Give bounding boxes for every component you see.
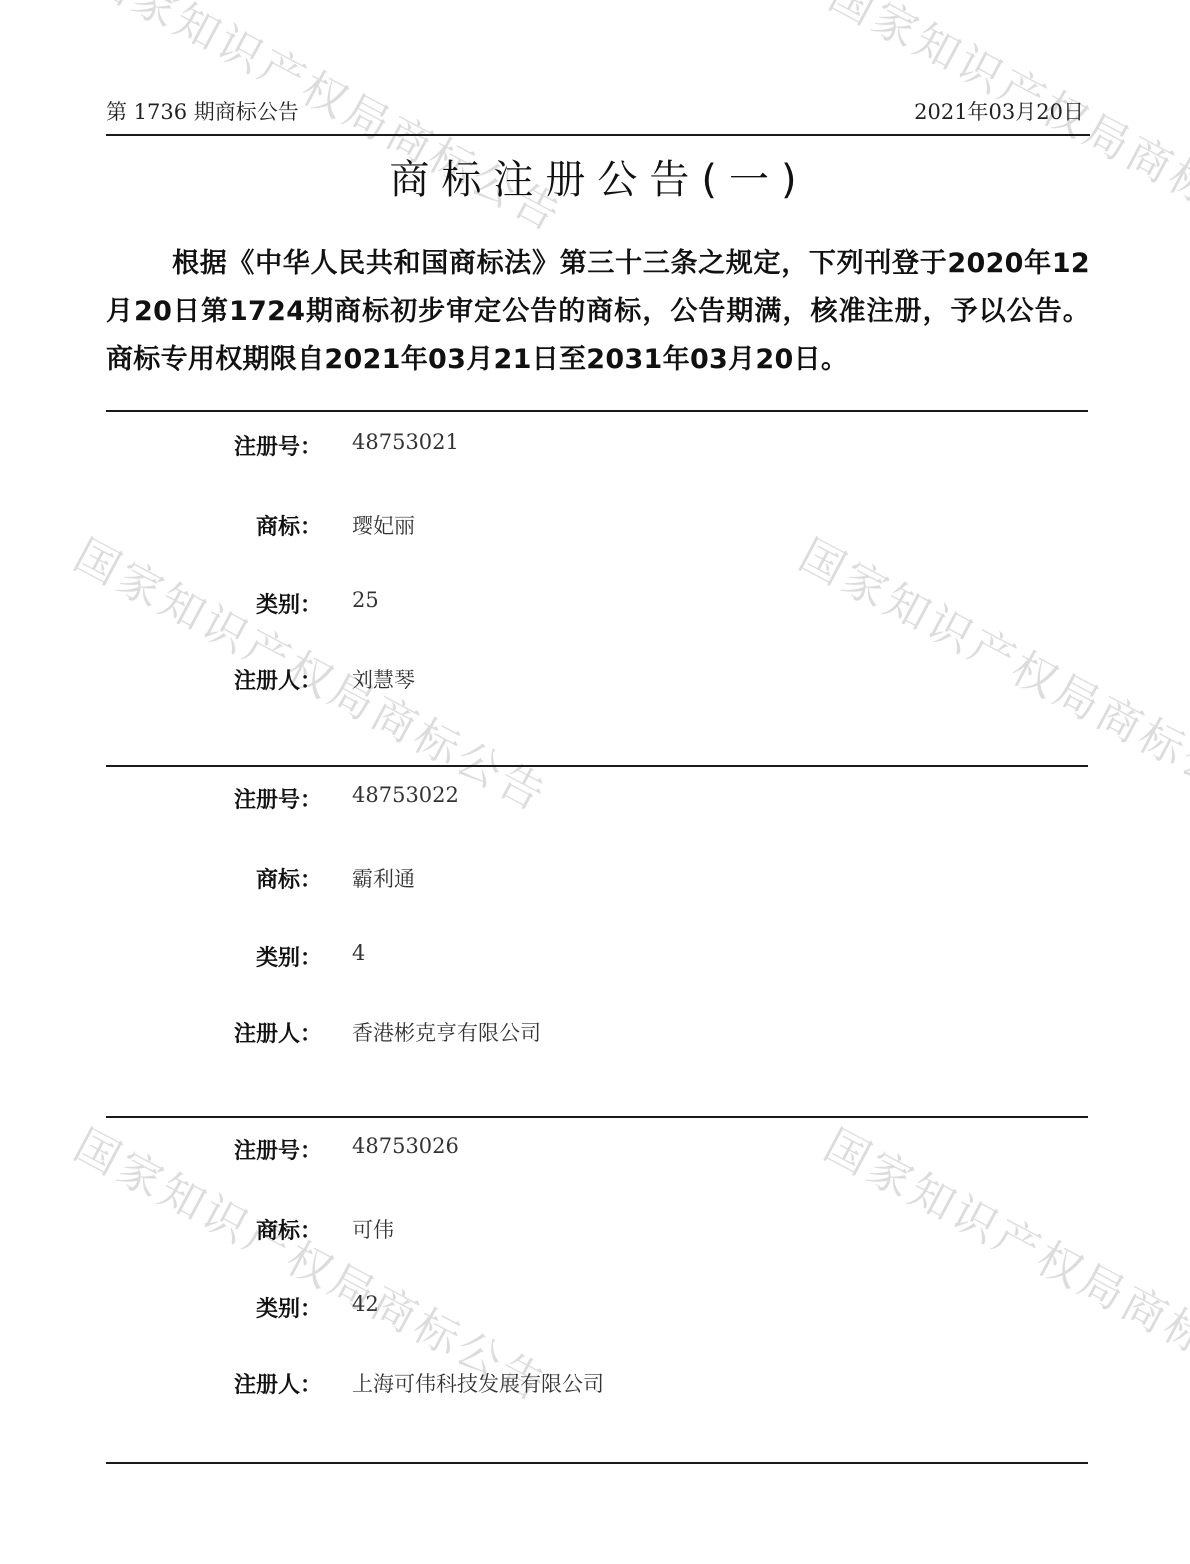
field-reg-no: 注册号： 48753021: [0, 430, 900, 462]
field-label: 类别：: [256, 588, 322, 619]
field-label: 注册人：: [234, 1368, 322, 1399]
page-header: 第 1736 期商标公告 2021年03月20日: [106, 96, 1084, 128]
field-registrant: 注册人： 上海可伟科技发展有限公司: [0, 1368, 900, 1400]
field-registrant: 注册人： 刘慧琴: [0, 664, 900, 696]
field-label: 商标：: [256, 863, 322, 894]
reg-no-value: 48753022: [352, 783, 459, 807]
field-mark: 商标： 璎妃丽: [0, 510, 900, 542]
intro-paragraph: 根据《中华人民共和国商标法》第三十三条之规定，下列刊登于2020年12月20日第…: [106, 240, 1090, 384]
field-label: 注册号：: [234, 430, 322, 461]
field-mark: 商标： 霸利通: [0, 863, 900, 895]
header-divider: [106, 134, 1090, 136]
registrant-value: 刘慧琴: [352, 664, 415, 694]
registrant-value: 香港彬克亨有限公司: [352, 1017, 541, 1047]
field-label: 注册人：: [234, 1017, 322, 1048]
page-title: 商标注册公告(一): [0, 148, 1190, 205]
document-page: 第 1736 期商标公告 2021年03月20日 商标注册公告(一) 根据《中华…: [0, 0, 1190, 1564]
issue-number: 第 1736 期商标公告: [106, 96, 299, 126]
mark-value: 璎妃丽: [352, 510, 415, 540]
field-label: 商标：: [256, 1214, 322, 1245]
class-value: 42: [352, 1292, 379, 1316]
section-divider: [106, 1462, 1088, 1464]
field-label: 类别：: [256, 1292, 322, 1323]
reg-no-value: 48753021: [352, 430, 459, 454]
issue-date: 2021年03月20日: [914, 96, 1084, 126]
field-label: 注册号：: [234, 1134, 322, 1165]
class-value: 25: [352, 588, 379, 612]
class-value: 4: [352, 941, 365, 965]
field-registrant: 注册人： 香港彬克亨有限公司: [0, 1017, 900, 1049]
mark-value: 可伟: [352, 1214, 394, 1244]
section-divider: [106, 1116, 1088, 1118]
registrant-value: 上海可伟科技发展有限公司: [352, 1368, 604, 1398]
mark-value: 霸利通: [352, 863, 415, 893]
field-label: 注册号：: [234, 783, 322, 814]
field-mark: 商标： 可伟: [0, 1214, 900, 1246]
reg-no-value: 48753026: [352, 1134, 459, 1158]
field-reg-no: 注册号： 48753022: [0, 783, 900, 815]
section-divider: [106, 410, 1088, 412]
field-class: 类别： 4: [0, 941, 900, 973]
section-divider: [106, 765, 1088, 767]
field-class: 类别： 25: [0, 588, 900, 620]
field-label: 类别：: [256, 941, 322, 972]
field-label: 商标：: [256, 510, 322, 541]
field-class: 类别： 42: [0, 1292, 900, 1324]
field-label: 注册人：: [234, 664, 322, 695]
field-reg-no: 注册号： 48753026: [0, 1134, 900, 1166]
